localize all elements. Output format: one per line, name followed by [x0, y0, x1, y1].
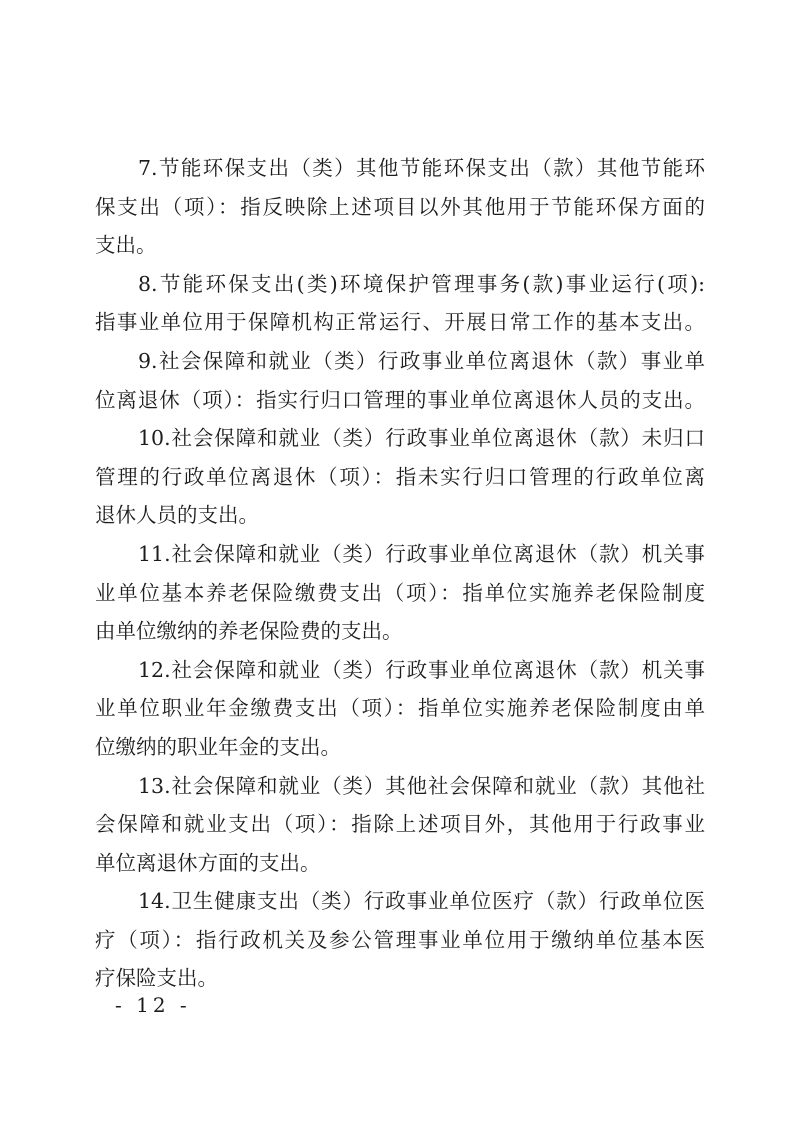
text-line: 疗（项）：指行政机关及参公管理事业单位用于缴纳单位基本医	[95, 921, 705, 960]
document-body: 7.节能环保支出（类）其他节能环保支出（款）其他节能环 保支出（项）：指反映除上…	[95, 149, 705, 998]
text-line: 保支出（项）：指反映除上述项目以外其他用于节能环保方面的	[95, 188, 705, 227]
text-line: 7.节能环保支出（类）其他节能环保支出（款）其他节能环	[95, 149, 705, 188]
text-line: 8.节能环保支出(类)环境保护管理事务(款)事业运行(项):	[95, 265, 705, 304]
text-line: 管理的行政单位离退休（项）：指未实行归口管理的行政单位离	[95, 458, 705, 497]
page-number: - 12 -	[115, 993, 191, 1017]
text-line: 业单位职业年金缴费支出（项）：指单位实施养老保险制度由单	[95, 689, 705, 728]
paragraph-item-10: 10.社会保障和就业（类）行政事业单位离退休（款）未归口 管理的行政单位离退休（…	[95, 419, 705, 535]
paragraph-item-11: 11.社会保障和就业（类）行政事业单位离退休（款）机关事 业单位基本养老保险缴费…	[95, 535, 705, 651]
text-line: 业单位基本养老保险缴费支出（项）：指单位实施养老保险制度	[95, 574, 705, 613]
text-line: 10.社会保障和就业（类）行政事业单位离退休（款）未归口	[95, 419, 705, 458]
text-line: 13.社会保障和就业（类）其他社会保障和就业（款）其他社	[95, 767, 705, 806]
text-line: 12.社会保障和就业（类）行政事业单位离退休（款）机关事	[95, 651, 705, 690]
text-line: 单位离退休方面的支出。	[95, 844, 705, 883]
text-line: 14.卫生健康支出（类）行政事业单位医疗（款）行政单位医	[95, 882, 705, 921]
paragraph-item-7: 7.节能环保支出（类）其他节能环保支出（款）其他节能环 保支出（项）：指反映除上…	[95, 149, 705, 265]
text-line: 9.社会保障和就业（类）行政事业单位离退休（款）事业单	[95, 342, 705, 381]
text-line: 支出。	[95, 226, 705, 265]
text-line: 11.社会保障和就业（类）行政事业单位离退休（款）机关事	[95, 535, 705, 574]
paragraph-item-13: 13.社会保障和就业（类）其他社会保障和就业（款）其他社 会保障和就业支出（项）…	[95, 767, 705, 883]
paragraph-item-8: 8.节能环保支出(类)环境保护管理事务(款)事业运行(项): 指事业单位用于保障…	[95, 265, 705, 342]
text-line: 指事业单位用于保障机构正常运行、开展日常工作的基本支出。	[95, 303, 705, 342]
text-line: 会保障和就业支出（项）：指除上述项目外，其他用于行政事业	[95, 805, 705, 844]
text-line: 位缴纳的职业年金的支出。	[95, 728, 705, 767]
text-line: 由单位缴纳的养老保险费的支出。	[95, 612, 705, 651]
document-page: 7.节能环保支出（类）其他节能环保支出（款）其他节能环 保支出（项）：指反映除上…	[0, 0, 793, 1122]
paragraph-item-9: 9.社会保障和就业（类）行政事业单位离退休（款）事业单 位离退休（项）：指实行归…	[95, 342, 705, 419]
paragraph-item-12: 12.社会保障和就业（类）行政事业单位离退休（款）机关事 业单位职业年金缴费支出…	[95, 651, 705, 767]
text-line: 位离退休（项）：指实行归口管理的事业单位离退休人员的支出。	[95, 381, 705, 420]
text-line: 退休人员的支出。	[95, 496, 705, 535]
paragraph-item-14: 14.卫生健康支出（类）行政事业单位医疗（款）行政单位医 疗（项）：指行政机关及…	[95, 882, 705, 998]
